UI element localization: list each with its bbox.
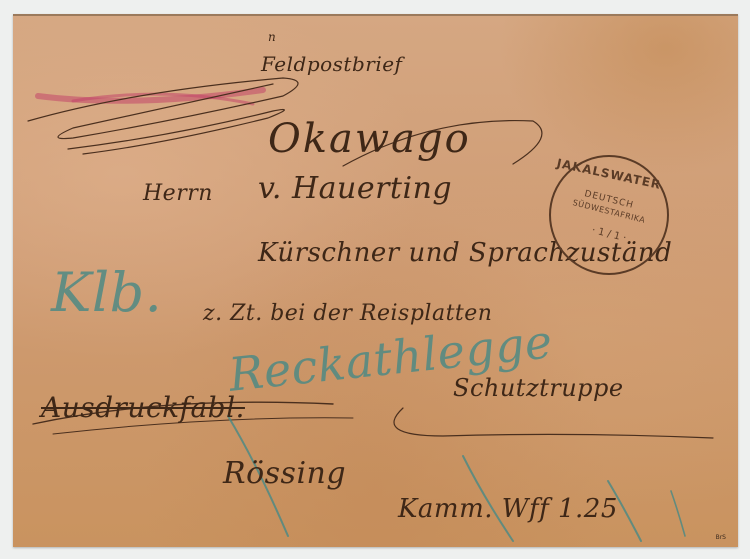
flourish-line [394, 408, 713, 438]
envelope: n Feldpostbrief Okawago Herrn v. Hauerti… [13, 14, 738, 547]
addressee-name: v. Hauerting [258, 171, 452, 206]
bottom-note: Kamm. Wff 1.25 [398, 494, 618, 524]
blue-annotation-left: Klb. [51, 261, 162, 324]
unit-line: z. Zt. bei der Reisplatten [203, 301, 492, 326]
corner-mark: BrS [716, 534, 726, 541]
addressee-prefix: Herrn [143, 181, 213, 206]
header-text: Feldpostbrief [261, 52, 402, 76]
place-text: Rössing [223, 456, 346, 491]
corps-line: Schutztruppe [453, 374, 624, 402]
scribble-oval [28, 78, 298, 139]
top-mark: n [268, 30, 276, 44]
postmark: JAKALSWATER DEUTSCH SÜDWESTAFRIKA · 1 / … [549, 155, 669, 275]
crossed-out-text: Ausdruckfabl. [41, 391, 245, 424]
destination-text: Okawago [268, 116, 471, 162]
